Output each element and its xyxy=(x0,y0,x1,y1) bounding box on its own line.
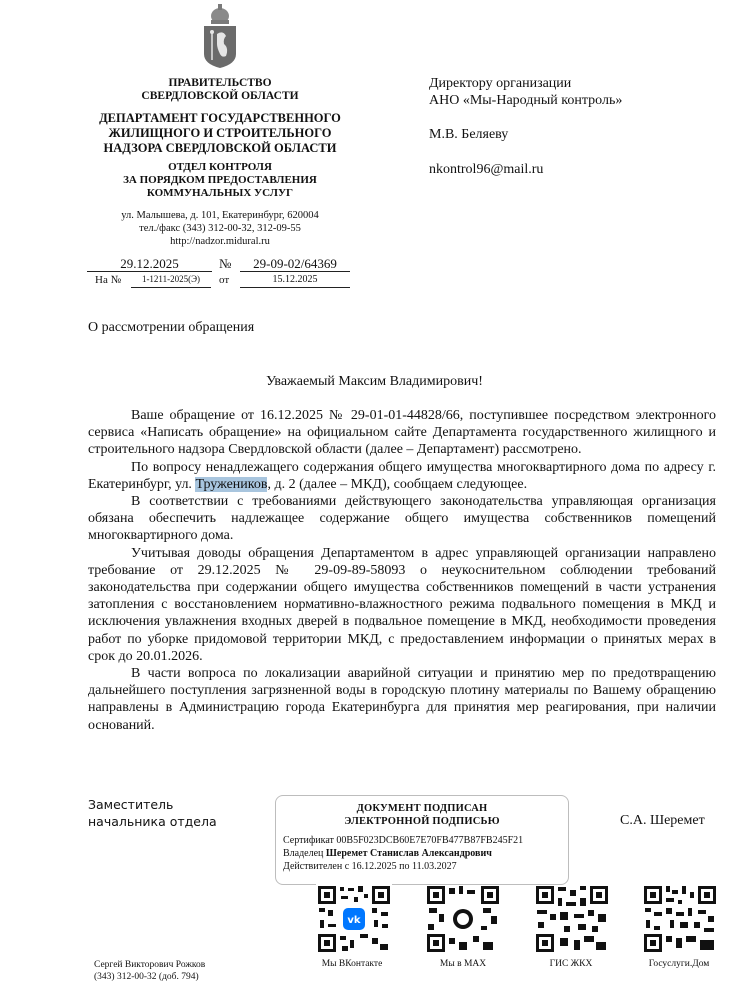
qr-vk[interactable]: vk xyxy=(316,884,392,959)
department-line: НАДЗОРА СВЕРДЛОВСКОЙ ОБЛАСТИ xyxy=(82,141,358,156)
reply-to-number: 1-1211-2025(Э) xyxy=(131,274,211,288)
certificate-label: Сертификат xyxy=(283,835,334,846)
greeting: Уважаемый Максим Владимирович! xyxy=(0,374,749,390)
max-qr-code-icon xyxy=(425,884,501,954)
department-address: ул. Малышева, д. 101, Екатеринбург, 6200… xyxy=(82,209,358,248)
qr-gis-zhkh[interactable] xyxy=(534,884,610,959)
recipient-organization: АНО «Мы-Народный контроль» xyxy=(429,92,729,109)
qr-max[interactable] xyxy=(425,884,501,959)
department-line: ДЕПАРТАМЕНТ ГОСУДАРСТВЕННОГО xyxy=(82,111,358,126)
outgoing-date: 29.12.2025 xyxy=(87,256,212,272)
electronic-signature-stamp: ДОКУМЕНТ ПОДПИСАН ЭЛЕКТРОННОЙ ПОДПИСЬЮ С… xyxy=(275,795,569,885)
department-line: ЖИЛИЩНОГО И СТРОИТЕЛЬНОГО xyxy=(82,126,358,141)
number-label: № xyxy=(219,256,231,272)
division-line: ЗА ПОРЯДКОМ ПРЕДОСТАВЛЕНИЯ xyxy=(82,174,358,187)
qr-label-gosuslugi-dom: Госуслуги.Дом xyxy=(634,959,724,969)
signatory-title-line: начальника отдела xyxy=(88,813,217,830)
government-name: ПРАВИТЕЛЬСТВО СВЕРДЛОВСКОЙ ОБЛАСТИ xyxy=(82,77,358,103)
division-line: ОТДЕЛ КОНТРОЛЯ xyxy=(82,161,358,174)
signatory-title-line: Заместитель xyxy=(88,796,217,813)
letter-subject: О рассмотрении обращения xyxy=(88,320,254,336)
gis-zhkh-qr-code-icon xyxy=(534,884,610,954)
government-line: ПРАВИТЕЛЬСТВО xyxy=(82,77,358,90)
paragraph-2-text: , д. 2 (далее – МКД), сообщаем следующее… xyxy=(267,477,527,492)
stamp-heading-line: ЭЛЕКТРОННОЙ ПОДПИСЬЮ xyxy=(276,815,568,828)
letter-body: Ваше обращение от 16.12.2025 № 29-01-01-… xyxy=(88,407,716,734)
outgoing-number: 29-09-02/64369 xyxy=(240,256,350,272)
recipient-position: Директору организации xyxy=(429,75,729,92)
svg-text:vk: vk xyxy=(347,915,361,926)
paragraph-5: В части вопроса по локализации аварийной… xyxy=(88,665,716,734)
paragraph-2: По вопросу ненадлежащего содержания обще… xyxy=(88,459,716,493)
selected-text-highlight[interactable]: Тружеников xyxy=(195,477,267,492)
owner-value: Шеремет Станислав Александрович xyxy=(326,848,492,859)
from-label: от xyxy=(219,274,229,286)
executor-name: Сергей Викторович Рожков xyxy=(94,959,205,971)
reply-to-date: 15.12.2025 xyxy=(240,274,350,288)
stamp-certificate: Сертификат 00B5F023DCB60E7E70FB477B87FB2… xyxy=(276,834,568,847)
paragraph-3: В соответствии с требованиями действующе… xyxy=(88,493,716,545)
government-line: СВЕРДЛОВСКОЙ ОБЛАСТИ xyxy=(82,90,358,103)
division-name: ОТДЕЛ КОНТРОЛЯ ЗА ПОРЯДКОМ ПРЕДОСТАВЛЕНИ… xyxy=(82,161,358,200)
qr-label-max: Мы в MAX xyxy=(418,959,508,969)
signatory-title: Заместитель начальника отдела xyxy=(88,796,217,830)
executor-info: Сергей Викторович Рожков (343) 312-00-32… xyxy=(94,959,205,983)
qr-label-vk: Мы ВКонтакте xyxy=(307,959,397,969)
stamp-owner: Владелец Шеремет Станислав Александрович xyxy=(276,847,568,860)
stamp-validity: Действителен с 16.12.2025 по 11.03.2027 xyxy=(276,860,568,873)
registration-row: 29.12.2025 № 29-09-02/64369 xyxy=(0,256,749,272)
recipient-name: М.В. Беляеву xyxy=(429,126,729,143)
vk-qr-code-icon: vk xyxy=(316,884,392,954)
department-name: ДЕПАРТАМЕНТ ГОСУДАРСТВЕННОГО ЖИЛИЩНОГО И… xyxy=(82,111,358,156)
paragraph-1: Ваше обращение от 16.12.2025 № 29-01-01-… xyxy=(88,407,716,459)
website-link[interactable]: http://nadzor.midural.ru xyxy=(82,235,358,248)
executor-phone: (343) 312-00-32 (доб. 794) xyxy=(94,971,205,983)
coat-of-arms-icon xyxy=(200,4,240,70)
signatory-name: С.А. Шеремет xyxy=(620,813,705,829)
recipient-email: nkontrol96@mail.ru xyxy=(429,161,729,178)
phone-line: тел./факс (343) 312-00-32, 312-09-55 xyxy=(82,222,358,235)
owner-label: Владелец xyxy=(283,848,323,859)
stamp-heading: ДОКУМЕНТ ПОДПИСАН ЭЛЕКТРОННОЙ ПОДПИСЬЮ xyxy=(276,802,568,828)
reply-reference-row: На № 1-1211-2025(Э) от 15.12.2025 xyxy=(0,274,749,288)
gosuslugi-dom-qr-code-icon xyxy=(642,884,718,954)
paragraph-4: Учитывая доводы обращения Департаментом … xyxy=(88,545,716,665)
division-line: КОММУНАЛЬНЫХ УСЛУГ xyxy=(82,187,358,200)
qr-gosuslugi-dom[interactable] xyxy=(642,884,718,959)
certificate-value: 00B5F023DCB60E7E70FB477B87FB245F21 xyxy=(336,835,523,846)
qr-label-gis-zhkh: ГИС ЖКХ xyxy=(526,959,616,969)
address-line: ул. Малышева, д. 101, Екатеринбург, 6200… xyxy=(82,209,358,222)
stamp-heading-line: ДОКУМЕНТ ПОДПИСАН xyxy=(276,802,568,815)
recipient-block: Директору организации АНО «Мы-Народный к… xyxy=(429,75,729,178)
reply-to-label: На № xyxy=(95,274,121,286)
